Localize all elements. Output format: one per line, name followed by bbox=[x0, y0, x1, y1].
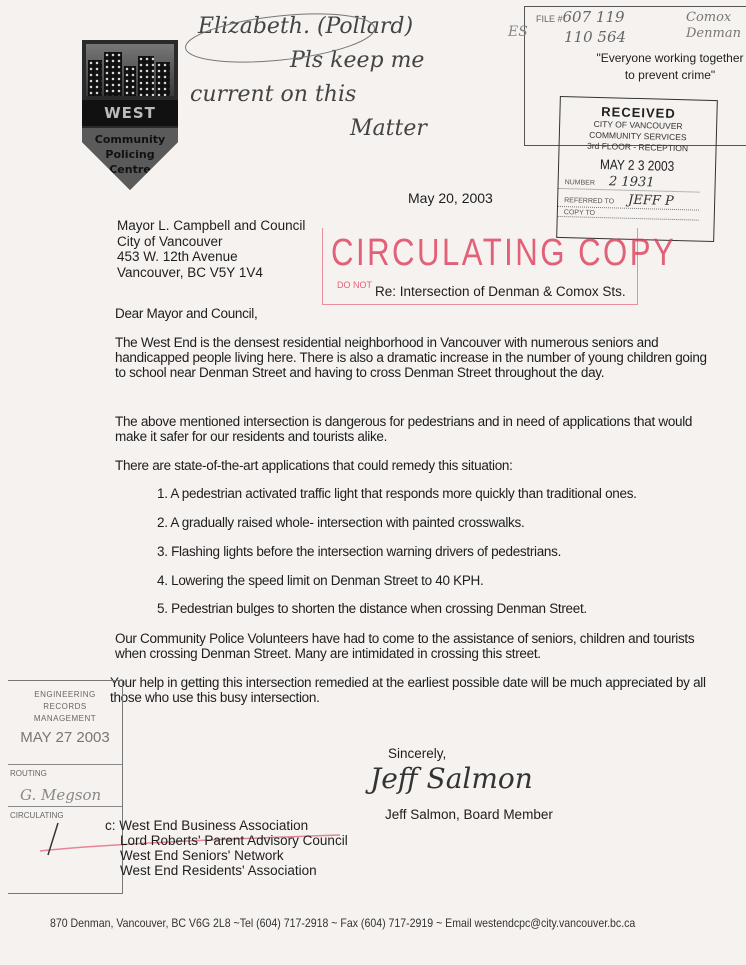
logo-title: WEST END bbox=[82, 100, 178, 126]
letter-subject: Re: Intersection of Denman & Comox Sts. bbox=[375, 284, 626, 299]
stamp-referred-row: REFERRED TOJEFF P bbox=[558, 191, 699, 211]
eng-stamp-line: RECORDS bbox=[8, 701, 122, 713]
motto: "Everyone working together to prevent cr… bbox=[590, 50, 746, 84]
address-line: Vancouver, BC V5Y 1V4 bbox=[117, 265, 305, 281]
closing-paragraph: Our Community Police Volunteers have had… bbox=[115, 631, 715, 661]
letterhead-footer: 870 Denman, Vancouver, BC V6G 2L8 ~Tel (… bbox=[50, 916, 635, 930]
file-note: FILE #607 119 110 564 bbox=[536, 8, 626, 46]
logo-subtitle: Community Policing Centre bbox=[82, 128, 178, 190]
file-subject: Comox Denman bbox=[686, 10, 741, 42]
note-loop-stroke bbox=[180, 4, 380, 84]
stamp-number-row: NUMBER2 1931 bbox=[558, 173, 699, 193]
received-stamp: RECEIVED CITY OF VANCOUVER COMMUNITY SER… bbox=[556, 96, 718, 242]
salutation: Dear Mayor and Council, bbox=[115, 306, 715, 321]
logo-line: Community bbox=[82, 132, 178, 147]
file-subject-line: Denman bbox=[686, 26, 741, 42]
note-line: Matter bbox=[350, 112, 427, 146]
logo-skyline bbox=[86, 44, 174, 96]
file-number: 110 564 bbox=[564, 28, 626, 46]
initials: ES bbox=[508, 24, 528, 40]
recommendation-item: 3. Flashing lights before the intersecti… bbox=[157, 544, 561, 559]
eng-stamp-line: MANAGEMENT bbox=[8, 713, 122, 725]
eng-stamp-routing-label: ROUTING bbox=[8, 764, 122, 778]
stamp-number-label: NUMBER bbox=[565, 179, 596, 187]
cc-recipient: West End Business Association bbox=[119, 818, 308, 833]
recommendation-item: 5. Pedestrian bulges to shorten the dist… bbox=[157, 601, 587, 616]
closing-paragraph: Your help in getting this intersection r… bbox=[110, 675, 710, 705]
west-end-cpc-logo: WEST END Community Policing Centre bbox=[82, 40, 178, 190]
circulating-stamp-title: CIRCULATING COPY bbox=[331, 232, 676, 275]
address-line: 453 W. 12th Avenue bbox=[117, 249, 305, 265]
stamp-number-value: 2 1931 bbox=[609, 174, 655, 190]
logo-line: Centre bbox=[82, 162, 178, 177]
cc-line: c: West End Business Association bbox=[105, 818, 348, 833]
signer-name: Jeff Salmon, Board Member bbox=[385, 807, 553, 822]
recommendation-item: 2. A gradually raised whole- intersectio… bbox=[157, 515, 524, 530]
logo-line: Policing bbox=[82, 147, 178, 162]
file-subject-line: Comox bbox=[686, 10, 741, 26]
stamp-referred-label: REFERRED TO bbox=[564, 197, 614, 205]
file-note-line: FILE #607 119 bbox=[536, 8, 626, 28]
eng-stamp-line: ENGINEERING bbox=[8, 689, 122, 701]
letter-date: May 20, 2003 bbox=[408, 190, 493, 206]
cc-recipient: West End Residents' Association bbox=[105, 863, 348, 878]
cc-recipient: Lord Roberts' Parent Advisory Council bbox=[105, 833, 348, 848]
stamp-copy-label: COPY TO bbox=[564, 209, 595, 217]
circulating-stamp-sub: DO NOT bbox=[337, 280, 372, 290]
eng-stamp-routing-value: G. Megson bbox=[8, 786, 122, 804]
file-label: FILE # bbox=[536, 14, 563, 24]
cc-label: c: bbox=[105, 818, 116, 833]
recommendation-item: 1. A pedestrian activated traffic light … bbox=[157, 486, 637, 501]
stamp-copy-row: COPY TO bbox=[558, 209, 699, 221]
cc-recipient: West End Seniors' Network bbox=[105, 848, 348, 863]
body-paragraph: The above mentioned intersection is dang… bbox=[115, 414, 715, 444]
stamp-date: MAY 2 3 2003 bbox=[571, 155, 704, 174]
sign-off: Sincerely, bbox=[388, 746, 446, 761]
address-line: City of Vancouver bbox=[117, 234, 305, 250]
signature: Jeff Salmon bbox=[370, 762, 533, 795]
body-paragraph: There are state-of-the-art applications … bbox=[115, 458, 715, 473]
file-number: 607 119 bbox=[563, 8, 625, 26]
eng-stamp-date: MAY 27 2003 bbox=[8, 729, 122, 746]
body-paragraph: The West End is the densest residential … bbox=[115, 335, 715, 380]
recommendation-item: 4. Lowering the speed limit on Denman St… bbox=[157, 573, 483, 588]
cc-list: c: West End Business Association Lord Ro… bbox=[105, 818, 348, 878]
recipient-address: Mayor L. Campbell and Council City of Va… bbox=[117, 218, 305, 280]
address-line: Mayor L. Campbell and Council bbox=[117, 218, 305, 234]
stamp-referred-value: JEFF P bbox=[628, 193, 674, 209]
